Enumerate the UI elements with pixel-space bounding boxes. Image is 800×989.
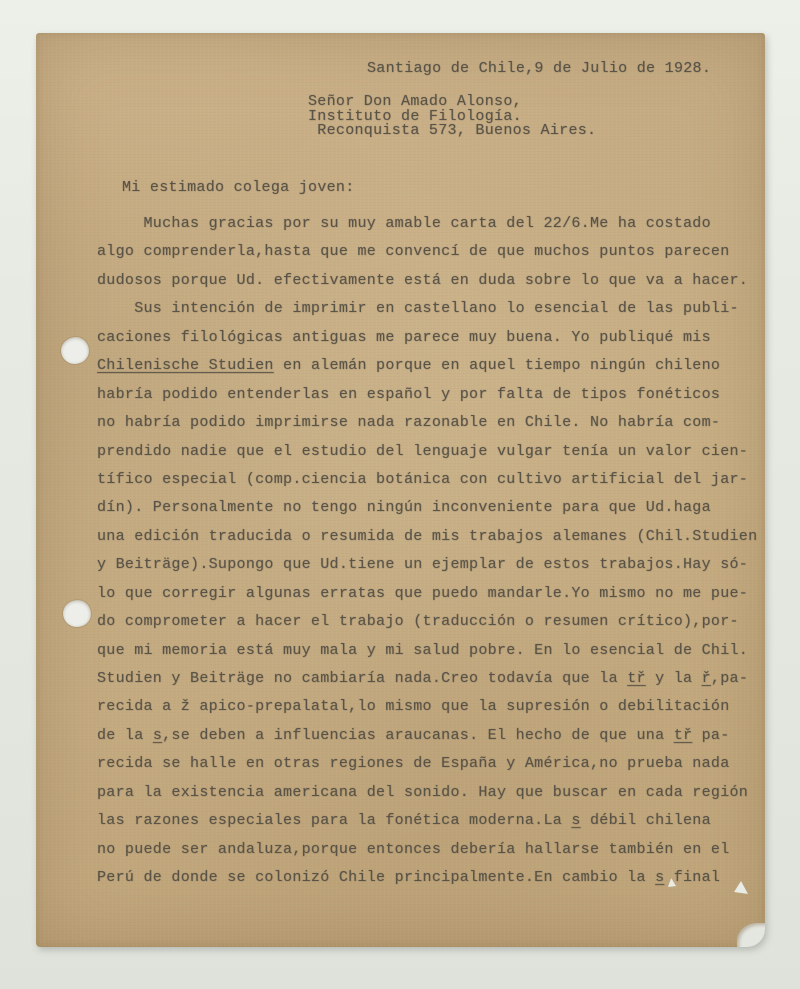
underlined-text: s [571,812,580,829]
typed-line: Perú de donde se colonizó Chile principa… [97,864,765,892]
underlined-text: ř [702,670,711,687]
punch-hole-top [61,337,89,364]
underlined-text: s [655,869,664,886]
scan-background: Santiago de Chile,9 de Julio de 1928. Se… [0,0,800,989]
typed-line: no habría podido imprimirse nada razonab… [97,409,765,437]
letter-page: Santiago de Chile,9 de Julio de 1928. Se… [36,33,765,947]
letter-dateline: Santiago de Chile,9 de Julio de 1928. [367,60,711,77]
typed-line: dín). Personalmente no tengo ningún inco… [97,494,765,522]
typed-line: habría podido entenderlas en español y p… [97,381,765,409]
typed-line: recida se halle en otras regiones de Esp… [97,750,765,778]
typed-line: prendido nadie que el estudio del lengua… [97,438,765,466]
typed-line: que mi memoria está muy mala y mi salud … [97,637,765,665]
typed-line: las razones especiales para la fonética … [97,807,765,835]
typed-line: recida a ž apico-prepalatal,lo mismo que… [97,693,765,721]
typed-line: una edición traducida o resumida de mis … [97,523,765,551]
punch-hole-bottom [60,597,93,629]
typed-line: Chilenische Studien en alemán porque en … [97,352,765,380]
letter-salutation: Mi estimado colega joven: [122,179,355,196]
typed-line: caciones filológicas antiguas me parece … [97,324,765,352]
typed-line: de la s,se deben a influencias araucanas… [97,722,765,750]
typed-line: Reconquista 573, Buenos Aires. [308,124,596,139]
typed-line: Sus intención de imprimir en castellano … [97,295,765,323]
underlined-text: s [153,727,162,744]
underlined-text: Chilenische Studien [97,357,274,374]
typed-line: Studien y Beiträge no cambiaría nada.Cre… [97,665,765,693]
typed-line: y Beiträge).Supongo que Ud.tiene un ejem… [97,551,765,579]
typed-line: lo que corregir algunas erratas que pued… [97,580,765,608]
letter-body: Muchas gracias por su muy amable carta d… [97,210,765,893]
typed-line: para la existencia americana del sonido.… [97,779,765,807]
typed-line: tífico especial (comp.ciencia botánica c… [97,466,765,494]
recipient-address: Señor Don Amado Alonso,Instituto de Filo… [308,95,596,139]
typed-line: Muchas gracias por su muy amable carta d… [97,210,765,238]
underlined-text: tř [627,670,646,687]
typed-line: do comprometer a hacer el trabajo (tradu… [97,608,765,636]
underlined-text: tř [674,727,693,744]
chipped-corner [737,923,765,947]
typed-line: no puede ser andaluza,porque entonces de… [97,836,765,864]
typed-line: algo comprenderla,hasta que me convencí … [97,238,765,266]
typed-line: dudosos porque Ud. efectivamente está en… [97,267,765,295]
